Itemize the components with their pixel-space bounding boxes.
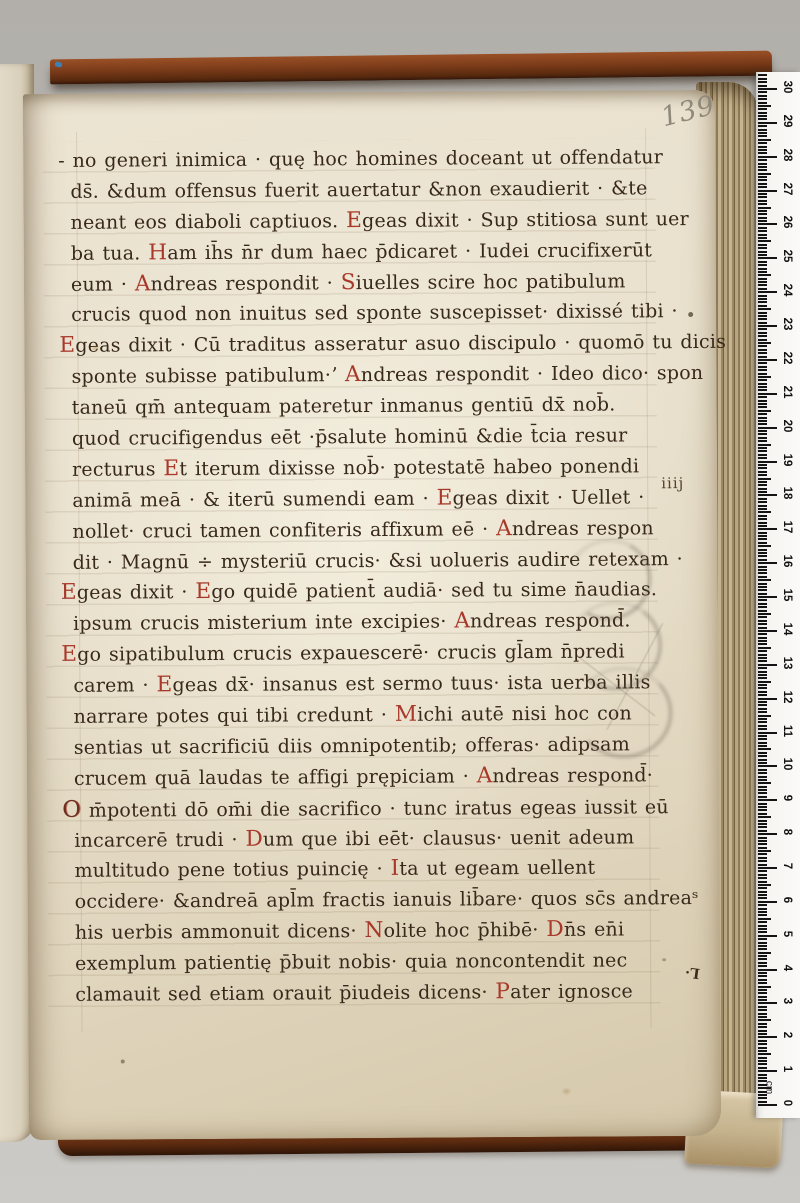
- line-text: recturus: [72, 458, 163, 481]
- ruler-number: 5: [781, 925, 793, 943]
- rubricated-initial: N: [364, 918, 383, 943]
- ruler-number: 20: [781, 417, 793, 435]
- manuscript-line: taneū qm̄ antequam pateretur inmanus gen…: [72, 389, 672, 424]
- line-text: sentias ut sacrificiū diis omnipotentib;…: [74, 733, 630, 758]
- rubricated-initial: E: [163, 456, 179, 481]
- ruler: 0123456789101112131415161718192021222324…: [756, 72, 800, 1118]
- ruler-unit-label: cm: [764, 1079, 775, 1097]
- ruler-number: 12: [781, 688, 793, 706]
- manuscript-line: animā meā · & iterū sumendi eam · Egeas …: [72, 482, 672, 517]
- rubricated-initial: M: [395, 702, 418, 727]
- manuscript-line: ds̄. &dum offensus fuerit auertatur &non…: [70, 173, 670, 208]
- stain-speck: [688, 312, 693, 317]
- line-text: m̄potenti dō om̄i die sacrifico · tunc i…: [81, 796, 669, 822]
- ruler-number: 3: [781, 992, 793, 1010]
- ruler-number: 21: [781, 383, 793, 401]
- manuscript-line: clamauit sed etiam orauit p̄iudeis dicen…: [75, 976, 675, 1011]
- line-text: ndreas respondit · Ideo dico· spon: [361, 362, 704, 386]
- rubricated-initial: I: [390, 856, 399, 881]
- line-text: n̄s en̄i: [564, 919, 624, 941]
- line-text: geas dixit · Sup stitiosa sunt uer: [362, 208, 689, 232]
- manuscript-line: quod crucifigendus eēt ·p̄salute hominū …: [72, 420, 672, 455]
- line-text: ds̄. &dum offensus fuerit auertatur &non…: [70, 177, 647, 203]
- manuscript-line: recturus Et iterum dixisse nob̄· potesta…: [72, 451, 672, 486]
- ruler-number: 28: [781, 146, 793, 164]
- line-text: geas dixit ·: [77, 582, 196, 605]
- rubricated-initial: E: [346, 208, 362, 233]
- line-text: olite hoc p̄hibē·: [384, 919, 547, 942]
- ruler-number: 16: [781, 552, 793, 570]
- manuscript-line: O m̄potenti dō om̄i die sacrifico · tunc…: [62, 791, 674, 826]
- line-text: am ih̄s n̄r dum haec p̄dicaret · Iudei c…: [167, 239, 652, 264]
- manuscript-line: multitudo pene totius puincię · Ita ut e…: [74, 853, 674, 888]
- stain-speck: [662, 958, 666, 961]
- manuscript-line: exemplum patientię p̄buit nobis· quia no…: [75, 945, 675, 980]
- quire-mark: L·: [684, 963, 701, 981]
- ruler-number: 1: [781, 1060, 793, 1078]
- stain-speck: [92, 346, 98, 351]
- rubricated-initial: D: [546, 917, 564, 942]
- rubricated-initial: A: [135, 271, 151, 296]
- line-text: ba tua.: [71, 242, 149, 264]
- line-text: incarcerē trudi ·: [74, 828, 245, 851]
- manuscript-line: his uerbis ammonuit dicens· Nolite hoc p…: [75, 914, 675, 949]
- rubricated-initial: E: [156, 672, 172, 697]
- ruler-number: 15: [781, 586, 793, 604]
- rubricated-initial: A: [496, 516, 512, 541]
- manuscript-line: Egeas dixit · Cū traditus asseratur asuo…: [59, 328, 671, 363]
- line-text: ater ignosce: [510, 980, 633, 1003]
- rubricated-initial: A: [477, 763, 493, 788]
- manuscript-line: incarcerē trudi · Dum que ibi eēt· claus…: [74, 822, 674, 857]
- manuscript-page: - no generi inimica · quę hoc homines do…: [23, 90, 721, 1140]
- rubricated-initial: E: [61, 580, 77, 605]
- line-text: ndreas respondit ·: [151, 272, 341, 295]
- ruler-number: 7: [781, 857, 793, 875]
- line-text: multitudo pene totius puincię ·: [74, 858, 390, 882]
- line-text: his uerbis ammonuit dicens·: [75, 920, 365, 944]
- ruler-number: 18: [781, 484, 793, 502]
- manuscript-line: nollet· cruci tamen confiteris affixum e…: [72, 513, 672, 548]
- ruler-number: 10: [781, 755, 793, 773]
- rubricated-initial: E: [436, 485, 452, 510]
- line-text: animā meā · & iterū sumendi eam ·: [72, 487, 436, 511]
- manuscript-line: - no generi inimica · quę hoc homines do…: [58, 142, 670, 177]
- line-text: exemplum patientię p̄buit nobis· quia no…: [75, 950, 627, 975]
- manuscript-line: crucis quod non inuitus sed sponte susce…: [71, 297, 671, 332]
- manuscript-line: sponte subisse patibulum·ʼ Andreas respo…: [71, 358, 671, 393]
- line-text: eum ·: [71, 273, 135, 295]
- ruler-number: 19: [781, 451, 793, 469]
- line-text: carem ·: [73, 674, 156, 697]
- ruler-number: 25: [781, 247, 793, 265]
- ruler-number: 11: [781, 722, 793, 740]
- line-text: quod crucifigendus eēt ·p̄salute hominū …: [72, 424, 628, 449]
- book-cover-top-edge: [50, 51, 772, 85]
- manuscript-line: neant eos diaboli captiuos. Egeas dixit …: [71, 204, 671, 239]
- line-text: geas dixit · Uellet ·: [453, 486, 645, 509]
- rubricated-initial: E: [59, 333, 75, 358]
- ruler-number: 27: [781, 180, 793, 198]
- ruler-number: 4: [781, 959, 793, 977]
- ruler-scale: 0123456789101112131415161718192021222324…: [756, 72, 800, 1118]
- manuscript-line: ba tua. Ham ih̄s n̄r dum haec p̄dicaret …: [71, 235, 671, 270]
- ruler-number: 24: [781, 281, 793, 299]
- line-text: crucem quā laudas te affigi prępiciam ·: [74, 765, 477, 789]
- ruler-number: 8: [781, 823, 793, 841]
- line-text: ta ut egeam uellent: [399, 857, 595, 880]
- line-text: nollet· cruci tamen confiteris affixum e…: [72, 518, 496, 543]
- rubricated-initial: A: [345, 362, 361, 387]
- ruler-number: 6: [781, 891, 793, 909]
- ruler-number: 30: [781, 78, 793, 96]
- line-text: - no generi inimica · quę hoc homines do…: [58, 146, 663, 172]
- line-text: taneū qm̄ antequam pateretur inmanus gen…: [72, 394, 616, 419]
- rubricated-initial: E: [61, 642, 77, 667]
- line-text: geas dixit · Cū traditus asseratur asuo …: [75, 331, 726, 357]
- manuscript-line: eum · Andreas respondit · Siuelles scire…: [71, 266, 671, 301]
- ruler-number: 2: [781, 1026, 793, 1044]
- line-text: iuelles scire hoc patibulum: [356, 270, 626, 294]
- ruler-number: 13: [781, 654, 793, 672]
- line-text: ndreas respond̄·: [492, 764, 653, 787]
- folio-number: 139: [658, 90, 719, 134]
- line-text: ndreas respon: [512, 517, 654, 540]
- line-text: ipsum crucis misterium inte excipies·: [73, 611, 454, 635]
- rubricated-initial: O: [62, 796, 81, 822]
- line-text: sponte subisse patibulum·ʼ: [71, 364, 345, 388]
- line-text: um que ibi eēt· clausus· uenit adeum: [263, 826, 634, 850]
- line-text: neant eos diaboli captiuos.: [71, 210, 347, 234]
- ruler-number: 14: [781, 620, 793, 638]
- stain-speck: [563, 1089, 570, 1094]
- quire-number: iiij: [661, 474, 684, 492]
- manuscript-line: occidere· &andreā apl̄m fractis ianuis l…: [75, 884, 675, 919]
- rubricated-initial: S: [341, 270, 356, 295]
- ruler-number: 26: [781, 213, 793, 231]
- line-text: crucis quod non inuitus sed sponte susce…: [71, 301, 678, 327]
- rubricated-initial: E: [195, 579, 211, 604]
- ruler-number: 29: [781, 112, 793, 130]
- rubricated-initial: A: [454, 609, 470, 634]
- line-text: narrare potes qui tibi credunt ·: [74, 704, 395, 728]
- ruler-number: 0: [781, 1094, 793, 1112]
- stain-speck: [121, 1060, 125, 1064]
- rubricated-initial: H: [148, 240, 167, 265]
- line-text: clamauit sed etiam orauit p̄iudeis dicen…: [75, 981, 495, 1006]
- manuscript-line: crucem quā laudas te affigi prępiciam · …: [74, 760, 674, 795]
- ruler-number: 9: [781, 789, 793, 807]
- rubricated-initial: P: [495, 979, 510, 1004]
- ruler-number: 17: [781, 518, 793, 536]
- line-text: t iterum dixisse nob̄· potestatē habeo p…: [179, 455, 639, 480]
- ruler-number: 22: [781, 349, 793, 367]
- line-text: occidere· &andreā apl̄m fractis ianuis l…: [75, 887, 699, 913]
- line-text: go sipatibulum crucis expauescerē· cruci…: [77, 641, 625, 666]
- ruler-number: 23: [781, 315, 793, 333]
- rubricated-initial: D: [245, 826, 263, 851]
